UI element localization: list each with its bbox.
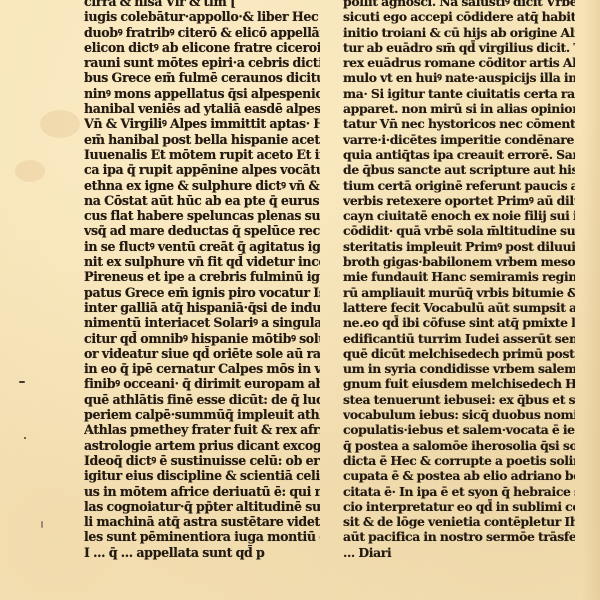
text-line: cupata ē & postea ab elio adriano belia … bbox=[343, 468, 575, 483]
text-line: ninꝰ mons appellatus q̄si alpespenice: q… bbox=[84, 86, 320, 101]
text-line: stea tenuerunt iebusei: ex q̄bus et sort… bbox=[343, 392, 575, 407]
paper-stain bbox=[40, 110, 80, 138]
left-text-column: cirra & nisa Vir & tim [ iugis colebātur… bbox=[84, 0, 320, 560]
ink-speck bbox=[24, 437, 26, 439]
text-line: Vn̄ & Virgiliꝰ Alpes immittit aptas· Has bbox=[84, 116, 320, 131]
text-line: ethna ex igne & sulphure dictꝰ vn̄ & geh… bbox=[84, 178, 320, 193]
text-line: I ... q̄ ... appellata sunt qd̄ p bbox=[84, 545, 320, 560]
text-line: varre·i·dicētes imperitie condēnare debe… bbox=[343, 132, 575, 147]
text-line: periem calpē·summūq̄ impleuit athlantem· bbox=[84, 407, 320, 422]
text-line: em̄ hanibal post bella hispanie aceto ru… bbox=[84, 132, 320, 147]
text-line: cōdidit· quā vrbē sola m̄ltitudine sue p… bbox=[343, 223, 575, 238]
text-line: ca ipa q̄ rupit appēnine alpes vocātur M… bbox=[84, 162, 320, 177]
text-line: rū ampliauit murūq̄ vrbis bitumie & coct… bbox=[343, 285, 575, 300]
text-line: aūt pacifica in nostro sermōe trāsfertur… bbox=[343, 529, 575, 544]
text-line: in eo q̄ ipē cernatur Calpes mōs in vlti… bbox=[84, 361, 320, 376]
text-line: na Cōstat aūt hūc ab ea pte q̄ eurus & a… bbox=[84, 193, 320, 208]
right-text-column: pollit agnosci. Na salustiꝰ dicit Vrbe r… bbox=[343, 0, 575, 560]
text-line: citata ē· In ipa ē et syon q̄ hebraice s… bbox=[343, 484, 575, 499]
text-line: lattere fecit Vocabulū aūt sumpsit a cōf… bbox=[343, 300, 575, 315]
text-line: dicta ē Hec & corrupte a poetis solima n… bbox=[343, 453, 575, 468]
text-line: broth gigas·babilonem vrbem mesopota bbox=[343, 254, 575, 269]
text-line: vocabulum iebus: sicq̄ duobus nominibus bbox=[343, 407, 575, 422]
text-line: tur ab euādro sm̄ qd̄ virgilius dicit. T… bbox=[343, 40, 575, 55]
text-line: iugis colebātur·appollo·& liber Hec iuga… bbox=[84, 9, 320, 24]
text-line: patus Grece em̄ ignis piro vocatur Iste … bbox=[84, 285, 320, 300]
text-line: apparet. non mirū si in alias opinione d… bbox=[343, 101, 575, 116]
text-line: initio troiani & cū hijs ab origine Alij… bbox=[343, 25, 575, 40]
text-line: cio interpretatur eo qd̄ in sublimi cons… bbox=[343, 499, 575, 514]
text-line: copulatis·iebus et salem·vocata ē iebusa… bbox=[343, 422, 575, 437]
text-line: hanibal veniēs ad ytaliā easdē alpes ape… bbox=[84, 101, 320, 116]
text-line: tatur Vn̄ nec hystoricos nec cōmentatore… bbox=[343, 116, 575, 131]
text-line: rex euādrus romane cōditor artis Alij a … bbox=[343, 55, 575, 70]
text-line: igitur eius discipline & scientiā celi n… bbox=[84, 468, 320, 483]
text-line: ... Diari bbox=[343, 545, 575, 560]
text-line: mulo vt en huiꝰ nate·auspicijs illa incl… bbox=[343, 70, 575, 85]
text-line: bus Grece em̄ fulmē ceraunos dicitur App… bbox=[84, 70, 320, 85]
text-line: citur qd̄ omnibꝰ hispanie mōtibꝰ solus a… bbox=[84, 331, 320, 346]
ink-speck bbox=[19, 381, 25, 383]
page-edge-shadow bbox=[582, 0, 600, 600]
text-line: ne.eo qd̄ ibi cōfuse sint atq̄ pmixte li… bbox=[343, 315, 575, 330]
text-line: mie fundauit Hanc semiramis regina assir… bbox=[343, 269, 575, 284]
text-line: Ideoq̄ dictꝰ ē sustinuisse celū: ob erud… bbox=[84, 453, 320, 468]
text-line: astrologie artem prius dicant excogitata… bbox=[84, 438, 320, 453]
text-line: sicuti ego accepi cōdidere atq̄ habitaue… bbox=[343, 9, 575, 24]
manuscript-page: cirra & nisa Vir & tim [ iugis colebātur… bbox=[0, 0, 600, 600]
text-line: or videatur siue qd̄ oriēte sole aū radi… bbox=[84, 346, 320, 361]
text-line: cus flat habere speluncas plenas sulphur… bbox=[84, 208, 320, 223]
text-line: Pireneus et ipe a crebris fulminū ignibꝰ… bbox=[84, 269, 320, 284]
text-line: Iuuenalis Et mōtem rupit aceto Et inde l… bbox=[84, 147, 320, 162]
text-line: duobꝰ fratribꝰ citerō & elicō appellātur… bbox=[84, 25, 320, 40]
text-line: pollit agnosci. Na salustiꝰ dicit Vrbe r… bbox=[343, 0, 575, 9]
text-line: verbis retexere oportet Primꝰ aū diluuiu… bbox=[343, 193, 575, 208]
text-line: Athlas pmethey frater fuit & rex africe … bbox=[84, 422, 320, 437]
paper-stain bbox=[15, 160, 45, 182]
text-line: cirra & nisa Vir & tim [ bbox=[84, 0, 320, 9]
text-line: rauni sunt mōtes epiri·a cebris dicti fu… bbox=[84, 55, 320, 70]
text-line: us in mōtem africe deriuatū ē: qui nūc a… bbox=[84, 484, 320, 499]
text-line: edificantiū turrim Iudei asserūt sem fil… bbox=[343, 331, 575, 346]
text-line: steritatis impleuit Primꝰ post diluuiū n… bbox=[343, 239, 575, 254]
ink-speck bbox=[41, 521, 43, 528]
text-line: quia antiq̄tas ipa creauit errorē. Sane … bbox=[343, 147, 575, 162]
text-line: vsq̄ ad mare deductas q̄ spelūce recipie… bbox=[84, 223, 320, 238]
text-line: li machinā atq̄ astra sustētare videtur.… bbox=[84, 514, 320, 529]
text-line: las cognoiatur·q̄ pp̄ter altitudinē suā … bbox=[84, 499, 320, 514]
text-line: quē athlātis finē esse dicūt: de q̄ luca… bbox=[84, 392, 320, 407]
text-line: ma· Si igitur tante ciuitatis certa rati… bbox=[343, 86, 575, 101]
text-line: in se fluctꝰ ventū creāt q̄ agitatus ign… bbox=[84, 239, 320, 254]
text-line: finibꝰ occeani· q̄ dirimit europam ab af… bbox=[84, 376, 320, 391]
text-line: cayn ciuitatē enoch ex noie filij sui in… bbox=[343, 208, 575, 223]
text-line: inter galliā atq̄ hispaniā·q̄si de indus… bbox=[84, 300, 320, 315]
text-line: tium certā originē referunt paucis admod… bbox=[343, 178, 575, 193]
text-line: q̄ postea a salomōe iherosolia q̄si solo… bbox=[343, 438, 575, 453]
text-line: sit & de lōge venietia contēpletur Iheru… bbox=[343, 514, 575, 529]
text-line: nit ex sulphure vn̄ fit qd̄ videtur ince… bbox=[84, 254, 320, 269]
text-line: quē dicūt melchisedech primū post diluui… bbox=[343, 346, 575, 361]
text-line: elicon dictꝰ ab elicone fratre cicerois·… bbox=[84, 40, 320, 55]
text-line: les sunt pēminentiora iuga montiū q̄si c… bbox=[84, 529, 320, 544]
text-line: de q̄bus sancte aut scripture aut histor… bbox=[343, 162, 575, 177]
text-line: gnum fuit eiusdem melchisedech Hanc po· bbox=[343, 376, 575, 391]
text-line: um in syria condidisse vrbem salem·in q̄… bbox=[343, 361, 575, 376]
text-line: nimentū interiacet Solariꝰ a singularita… bbox=[84, 315, 320, 330]
